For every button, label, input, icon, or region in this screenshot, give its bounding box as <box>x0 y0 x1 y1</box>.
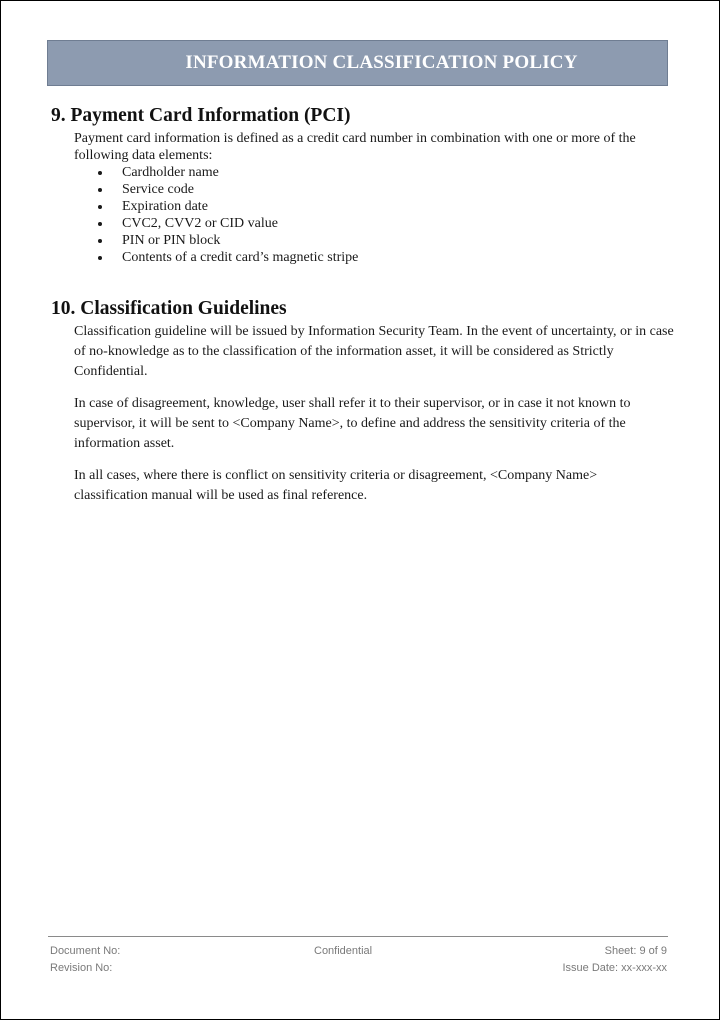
list-item: Contents of a credit card’s magnetic str… <box>74 249 358 266</box>
bullet-icon <box>98 188 102 192</box>
list-item: Service code <box>74 181 358 198</box>
list-item: Expiration date <box>74 198 358 215</box>
list-item: CVC2, CVV2 or CID value <box>74 215 358 232</box>
guidelines-paragraph-3: In all cases, where there is conflict on… <box>74 466 674 506</box>
section-title: Classification Guidelines <box>80 298 286 319</box>
pci-intro-paragraph: Payment card information is defined as a… <box>74 130 664 164</box>
section-title: Payment Card Information (PCI) <box>71 105 351 126</box>
bullet-icon <box>98 222 102 226</box>
footer-issue-date: Issue Date: xx-xxx-xx <box>562 962 667 974</box>
section-heading-classification-guidelines: 10. Classification Guidelines <box>51 298 287 320</box>
section-heading-pci: 9. Payment Card Information (PCI) <box>51 105 351 127</box>
bullet-icon <box>98 205 102 209</box>
document-title: INFORMATION CLASSIFICATION POLICY <box>137 52 577 74</box>
bullet-icon <box>98 171 102 175</box>
guidelines-paragraph-2: In case of disagreement, knowledge, user… <box>74 394 674 454</box>
document-page: INFORMATION CLASSIFICATION POLICY 9. Pay… <box>0 0 720 1020</box>
list-item: Cardholder name <box>74 164 358 181</box>
bullet-icon <box>98 256 102 260</box>
bullet-icon <box>98 239 102 243</box>
section-number: 10. <box>51 298 75 320</box>
section-number: 9. <box>51 105 66 127</box>
document-title-bar: INFORMATION CLASSIFICATION POLICY <box>47 40 668 86</box>
pci-data-elements-list: Cardholder name Service code Expiration … <box>74 164 358 266</box>
footer-document-no: Document No: <box>50 945 120 957</box>
list-item: PIN or PIN block <box>74 232 358 249</box>
footer-classification: Confidential <box>314 945 372 957</box>
footer-sheet-number: Sheet: 9 of 9 <box>605 945 667 957</box>
footer-divider <box>48 936 668 937</box>
footer-revision-no: Revision No: <box>50 962 112 974</box>
guidelines-paragraph-1: Classification guideline will be issued … <box>74 322 674 382</box>
